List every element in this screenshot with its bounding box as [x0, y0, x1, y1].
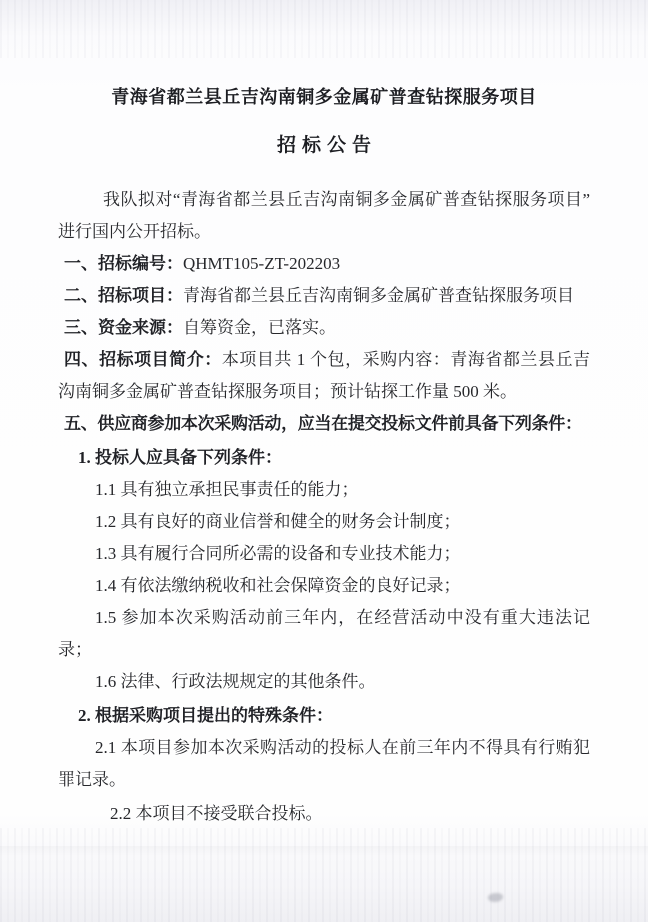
condition-item-1-1: 1.1 具有独立承担民事责任的能力； — [58, 474, 590, 506]
scan-shadow-band — [0, 846, 648, 856]
condition-item-1-2: 1.2 具有良好的商业信誉和健全的财务会计制度； — [58, 506, 590, 538]
document-title: 青海省都兰县丘吉沟南铜多金属矿普查钻探服务项目 — [0, 86, 648, 108]
section-project-overview: 四、招标项目简介：本项目共 1 个包，采购内容：青海省都兰县丘吉沟南铜多金属矿普… — [58, 344, 590, 408]
condition-item-1-5: 1.5 参加本次采购活动前三年内，在经营活动中没有重大违法记录； — [58, 602, 590, 666]
section-funding-source-label: 三、资金来源： — [64, 318, 183, 337]
condition-item-2-1: 2.1 本项目参加本次采购活动的投标人在前三年内不得具有行贿犯罪记录。 — [58, 732, 590, 796]
section-tender-project-value: 青海省都兰县丘吉沟南铜多金属矿普查钻探服务项目 — [183, 286, 574, 305]
section-funding-source: 三、资金来源：自筹资金，已落实。 — [58, 312, 590, 344]
section-tender-number-value: QHMT105-ZT-202203 — [183, 254, 340, 273]
condition-item-1-4: 1.4 有依法缴纳税收和社会保障资金的良好记录； — [58, 570, 590, 602]
section-supplier-requirements-label: 五、供应商参加本次采购活动，应当在提交投标文件前具备下列条件： — [64, 414, 582, 433]
document-content: 我队拟对“青海省都兰县丘吉沟南铜多金属矿普查钻探服务项目”进行国内公开招标。 一… — [58, 184, 590, 830]
section-tender-number-label: 一、招标编号： — [64, 254, 183, 273]
scan-smudge — [488, 893, 503, 902]
section-supplier-requirements: 五、供应商参加本次采购活动，应当在提交投标文件前具备下列条件： — [58, 408, 590, 440]
bidder-conditions-heading: 1. 投标人应具备下列条件： — [58, 442, 590, 474]
condition-item-1-3: 1.3 具有履行合同所必需的设备和专业技术能力； — [58, 538, 590, 570]
document-body: 青海省都兰县丘吉沟南铜多金属矿普查钻探服务项目 招标公告 我队拟对“青海省都兰县… — [0, 0, 648, 830]
section-tender-number: 一、招标编号：QHMT105-ZT-202203 — [58, 248, 590, 280]
section-project-overview-label: 四、招标项目简介： — [64, 350, 222, 369]
intro-paragraph: 我队拟对“青海省都兰县丘吉沟南铜多金属矿普查钻探服务项目”进行国内公开招标。 — [58, 184, 590, 248]
section-tender-project-label: 二、招标项目： — [64, 286, 183, 305]
condition-item-2-2: 2.2 本项目不接受联合投标。 — [58, 798, 590, 830]
section-tender-project: 二、招标项目：青海省都兰县丘吉沟南铜多金属矿普查钻探服务项目 — [58, 280, 590, 312]
scan-texture-bottom — [0, 828, 648, 922]
scanned-page: 青海省都兰县丘吉沟南铜多金属矿普查钻探服务项目 招标公告 我队拟对“青海省都兰县… — [0, 0, 648, 922]
document-subtitle: 招标公告 — [0, 134, 648, 158]
special-conditions-heading: 2. 根据采购项目提出的特殊条件： — [58, 700, 590, 732]
section-funding-source-value: 自筹资金，已落实。 — [183, 318, 336, 337]
condition-item-1-6: 1.6 法律、行政法规规定的其他条件。 — [58, 666, 590, 698]
